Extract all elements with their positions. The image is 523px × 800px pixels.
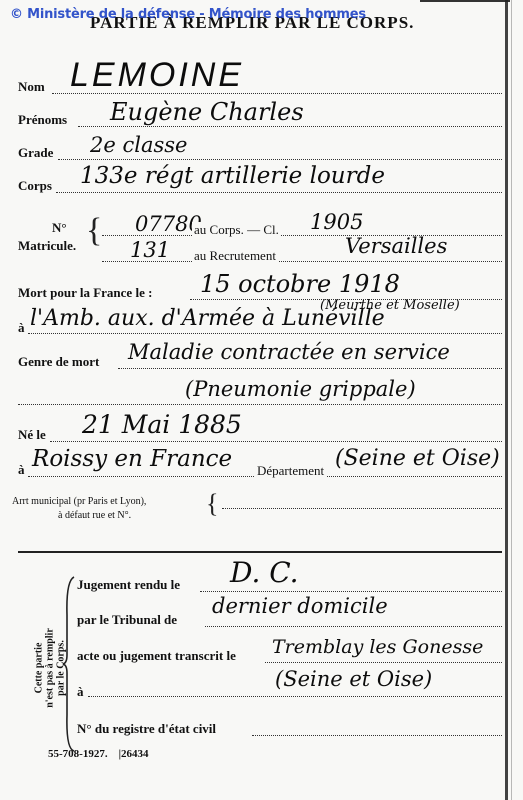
prenoms-label: Prénoms xyxy=(18,112,67,128)
section-separator xyxy=(18,551,502,553)
top-border xyxy=(420,0,510,2)
naissance-lieu-label: à xyxy=(18,462,25,478)
classe-value: 1905 xyxy=(310,210,363,234)
registre-line xyxy=(252,735,502,736)
serial-number: |26434 xyxy=(119,748,149,760)
genre-mort-value: Maladie contractée en service xyxy=(128,340,450,364)
death-record-card: © Ministère de la défense - Mémoire des … xyxy=(0,0,523,800)
recrutement-no: 131 xyxy=(130,238,170,262)
print-ref: 55-708-1927. xyxy=(48,748,108,760)
jugement-brace xyxy=(62,575,76,753)
arrondissement-label-1: Arrt municipal (pr Paris et Lyon), xyxy=(12,496,146,507)
naissance-date-line xyxy=(50,441,502,442)
prenoms-line xyxy=(78,126,502,127)
jugement-rendu-line xyxy=(200,591,502,592)
prenoms-value: Eugène Charles xyxy=(110,98,304,126)
tribunal-value: dernier domicile xyxy=(212,594,388,618)
jugement-rendu-value: D. C. xyxy=(230,556,299,589)
au-corps-label: au Corps. — Cl. xyxy=(192,222,281,238)
arrondissement-line xyxy=(222,508,502,509)
jugement-rendu-label: Jugement rendu le xyxy=(77,577,180,593)
nom-label: Nom xyxy=(18,79,45,95)
matricule-brace: { xyxy=(86,212,102,250)
naissance-lieu: Roissy en France xyxy=(32,446,232,472)
matricule-label: Matricule. xyxy=(18,238,76,254)
side-note-line-2: n'est pas à remplir xyxy=(45,598,56,738)
corps-line xyxy=(56,192,502,193)
side-note-line-1: Cette partie xyxy=(34,598,45,738)
transcrit-line xyxy=(265,662,502,663)
transcrit-a-label: à xyxy=(77,684,84,700)
transcrit-a-line xyxy=(88,696,502,697)
arrondissement-brace: { xyxy=(206,489,218,519)
corps-value: 133e régt artillerie lourde xyxy=(80,163,385,189)
right-border xyxy=(505,0,508,800)
tribunal-label: par le Tribunal de xyxy=(77,612,177,628)
naissance-label: Né le xyxy=(18,427,46,443)
grade-label: Grade xyxy=(18,145,53,161)
mort-lieu-label: à xyxy=(18,320,25,336)
corps-label: Corps xyxy=(18,178,52,194)
departement-value: (Seine et Oise) xyxy=(335,446,500,471)
recrutement-lieu: Versailles xyxy=(345,234,447,258)
genre-mort-detail: (Pneumonie grippale) xyxy=(185,377,416,401)
right-border-inner xyxy=(511,0,512,800)
departement-label: Département xyxy=(255,463,326,479)
au-recrutement-label: au Recrutement xyxy=(192,248,278,264)
tribunal-line xyxy=(205,626,502,627)
grade-line xyxy=(58,159,502,160)
transcrit-value: Tremblay les Gonesse xyxy=(272,636,483,658)
transcrit-label: acte ou jugement transcrit le xyxy=(77,648,236,664)
registre-label: N° du registre d'état civil xyxy=(77,721,216,737)
grade-value: 2e classe xyxy=(90,133,187,157)
naissance-date: 21 Mai 1885 xyxy=(82,410,242,439)
arrondissement-label-2: à défaut rue et N°. xyxy=(58,510,131,521)
copyright-watermark: © Ministère de la défense - Mémoire des … xyxy=(10,7,366,22)
genre-mort-label: Genre de mort xyxy=(18,354,99,370)
mort-label: Mort pour la France le : xyxy=(18,285,155,301)
matricule-no-label: N° xyxy=(52,220,67,236)
mort-date: 15 octobre 1918 xyxy=(200,270,400,298)
mort-lieu: l'Amb. aux. d'Armée à Lunéville xyxy=(30,306,385,331)
nom-value: LEMOINE xyxy=(70,56,244,95)
transcrit-a-value: (Seine et Oise) xyxy=(275,667,432,691)
print-reference: 55-708-1927. |26434 xyxy=(48,748,149,760)
genre-mort-detail-line xyxy=(18,404,502,405)
genre-mort-line xyxy=(118,368,502,369)
mort-lieu-line xyxy=(28,333,502,334)
